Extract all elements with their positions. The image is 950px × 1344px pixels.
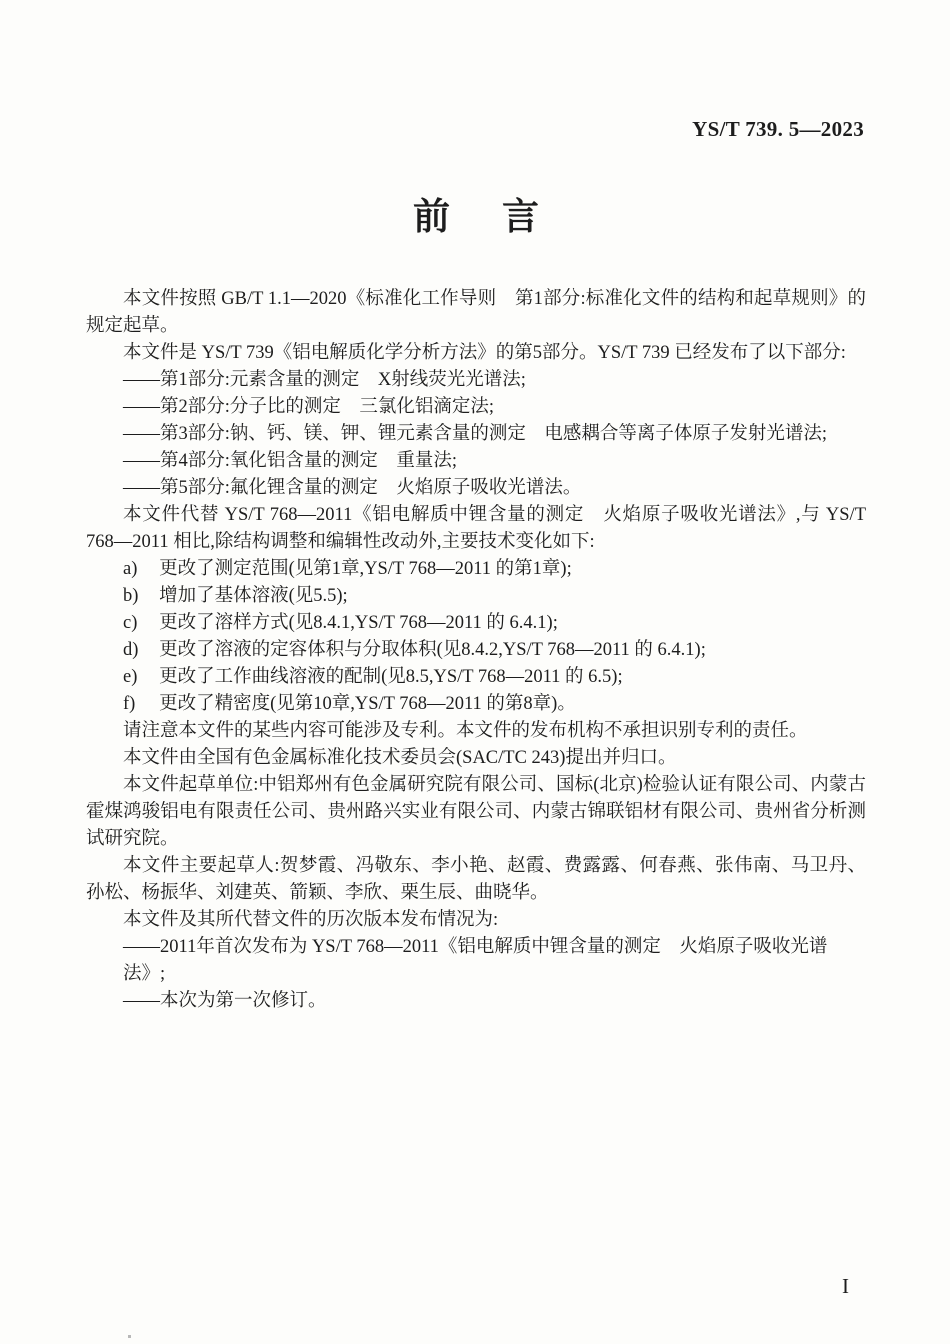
page-title-char: 前 [413, 197, 450, 238]
list-item-text: 更改了测定范围(见第1章,YS/T 768—2011 的第1章); [159, 559, 572, 579]
letter-list-item: b)增加了基体溶液(见5.5); [86, 583, 866, 610]
letter-list-item: c)更改了溶样方式(见8.4.1,YS/T 768—2011 的 6.4.1); [86, 610, 866, 637]
letter-list-item: d)更改了溶液的定容体积与分取体积(见8.4.2,YS/T 768—2011 的… [86, 637, 866, 664]
page-title-char: 言 [502, 197, 539, 238]
list-item-label: b) [123, 583, 159, 610]
foreword-body: 本文件按照 GB/T 1.1—2020《标准化工作导则 第1部分:标准化文件的结… [86, 286, 866, 1015]
scan-artifact-speck [128, 1335, 131, 1338]
paragraph: 本文件由全国有色金属标准化技术委员会(SAC/TC 243)提出并归口。 [86, 745, 866, 772]
dash-list-item: ——2011年首次发布为 YS/T 768—2011《铝电解质中锂含量的测定 火… [86, 934, 866, 988]
list-item-text: 更改了溶液的定容体积与分取体积(见8.4.2,YS/T 768—2011 的 6… [159, 640, 706, 660]
dash-list-item: ——第1部分:元素含量的测定 X射线荧光光谱法; [86, 367, 866, 394]
list-item-label: c) [123, 610, 159, 637]
paragraph: 请注意本文件的某些内容可能涉及专利。本文件的发布机构不承担识别专利的责任。 [86, 718, 866, 745]
dash-list-item: ——第4部分:氧化铝含量的测定 重量法; [86, 448, 866, 475]
letter-list-item: e)更改了工作曲线溶液的配制(见8.5,YS/T 768—2011 的 6.5)… [86, 664, 866, 691]
list-item-label: e) [123, 664, 159, 691]
paragraph: 本文件代替 YS/T 768—2011《铝电解质中锂含量的测定 火焰原子吸收光谱… [86, 502, 866, 556]
page-title: 前 言 [86, 197, 866, 238]
paragraph: 本文件起草单位:中铝郑州有色金属研究院有限公司、国标(北京)检验认证有限公司、内… [86, 772, 866, 853]
paragraph: 本文件按照 GB/T 1.1—2020《标准化工作导则 第1部分:标准化文件的结… [86, 286, 866, 340]
letter-list-item: a)更改了测定范围(见第1章,YS/T 768—2011 的第1章); [86, 556, 866, 583]
dash-list-item: ——本次为第一次修订。 [86, 988, 866, 1015]
paragraph: 本文件是 YS/T 739《铝电解质化学分析方法》的第5部分。YS/T 739 … [86, 340, 866, 367]
standard-code-header: YS/T 739. 5—2023 [692, 117, 864, 142]
list-item-label: d) [123, 637, 159, 664]
list-item-text: 增加了基体溶液(见5.5); [159, 586, 348, 606]
paragraph: 本文件主要起草人:贺梦霞、冯敬东、李小艳、赵霞、费露露、何春燕、张伟南、马卫丹、… [86, 853, 866, 907]
dash-list-item: ——第2部分:分子比的测定 三氯化铝滴定法; [86, 394, 866, 421]
list-item-label: a) [123, 556, 159, 583]
list-item-text: 更改了溶样方式(见8.4.1,YS/T 768—2011 的 6.4.1); [159, 613, 558, 633]
list-item-text: 更改了工作曲线溶液的配制(见8.5,YS/T 768—2011 的 6.5); [159, 667, 623, 687]
dash-list-item: ——第3部分:钠、钙、镁、钾、锂元素含量的测定 电感耦合等离子体原子发射光谱法; [86, 421, 866, 448]
dash-list-item: ——第5部分:氟化锂含量的测定 火焰原子吸收光谱法。 [86, 475, 866, 502]
list-item-label: f) [123, 691, 159, 718]
paragraph: 本文件及其所代替文件的历次版本发布情况为: [86, 907, 866, 934]
letter-list-item: f)更改了精密度(见第10章,YS/T 768—2011 的第8章)。 [86, 691, 866, 718]
page-number: I [842, 1274, 849, 1299]
document-page: YS/T 739. 5—2023 前 言 本文件按照 GB/T 1.1—2020… [0, 0, 950, 1344]
list-item-text: 更改了精密度(见第10章,YS/T 768—2011 的第8章)。 [159, 694, 576, 714]
